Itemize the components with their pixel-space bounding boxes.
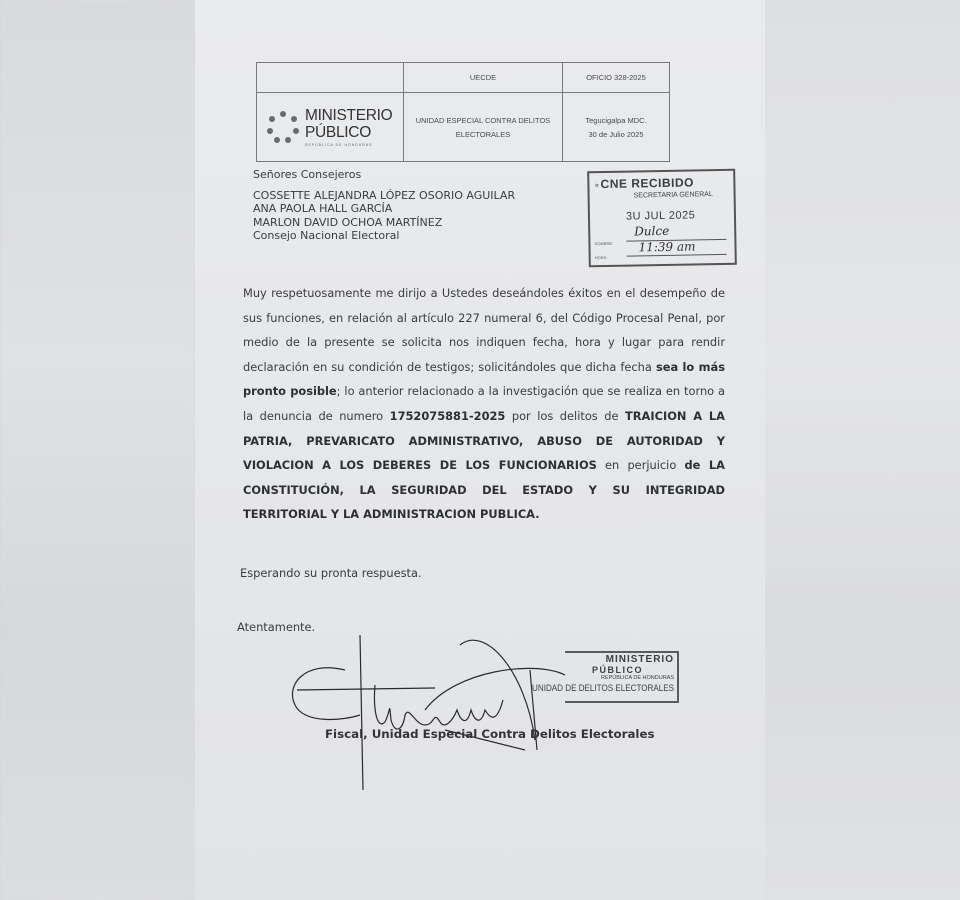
addressee-block: Señores Consejeros COSSETTE ALEJANDRA LÓ… [253, 168, 515, 243]
place-date: Tegucigalpa MDC. 30 de Julio 2025 [563, 93, 670, 162]
cne-received-stamp: ⚬CNE RECIBIDO SECRETARIA GENERAL 3U JUL … [587, 169, 737, 268]
unit-name-line-2: ELECTORALES [404, 130, 562, 139]
unit-name: UNIDAD ESPECIAL CONTRA DELITOS ELECTORAL… [404, 93, 563, 162]
letterhead-empty-cell [257, 63, 404, 93]
salutation: Señores Consejeros [253, 168, 515, 182]
cne-name-value: Dulce [634, 224, 669, 239]
mp-stamp-line-1: MINISTERIO [606, 654, 674, 665]
place: Tegucigalpa MDC. [563, 116, 669, 125]
background-right [765, 0, 960, 900]
cne-stamp-title: ⚬CNE RECIBIDO [593, 175, 694, 191]
background-left [0, 0, 195, 900]
cne-time-label: HORA: [595, 255, 608, 260]
handwritten-signature [285, 630, 575, 790]
addressee-institution: Consejo Nacional Electoral [253, 229, 515, 243]
cne-stamp-date: 3U JUL 2025 [626, 209, 696, 222]
letterhead-table: UECDE OFICIO 328-2025 MINISTERIO PÚBLICO… [256, 62, 670, 162]
ministerio-publico-stamp: MINISTERIO PÚBLICO REPÚBLICA DE HONDURAS… [565, 651, 679, 703]
addressee-name: ANA PAOLA HALL GARCÍA [253, 202, 515, 216]
cne-stamp-department: SECRETARIA GENERAL [634, 191, 713, 199]
ministerio-publico-logo: MINISTERIO PÚBLICO REPÚBLICA DE HONDURAS [257, 93, 404, 162]
cne-time-value: 11:39 am [638, 239, 695, 254]
mp-stamp-line-3: REPÚBLICA DE HONDURAS [601, 675, 674, 681]
letter-date: 30 de Julio 2025 [563, 130, 669, 139]
logo-line-1: MINISTERIO [305, 107, 392, 124]
cne-name-label: NOMBRE: [594, 241, 613, 246]
logo-subtitle: REPÚBLICA DE HONDURAS [305, 143, 392, 147]
unit-name-line-1: UNIDAD ESPECIAL CONTRA DELITOS [404, 116, 562, 125]
addressee-name: COSSETTE ALEJANDRA LÓPEZ OSORIO AGUILAR [253, 189, 515, 203]
oficio-number: OFICIO 328-2025 [563, 63, 670, 93]
addressee-name: MARLON DAVID OCHOA MARTÍNEZ [253, 216, 515, 230]
ministerio-emblem-icon [267, 111, 299, 143]
unit-code: UECDE [404, 63, 563, 93]
case-number: 1752075881-2025 [390, 409, 506, 423]
mp-stamp-line-2: PÚBLICO [592, 665, 643, 675]
closing-line: Esperando su pronta respuesta. [240, 566, 422, 580]
logo-line-2: PÚBLICO [305, 124, 392, 141]
letter-body: Muy respetuosamente me dirijo a Ustedes … [243, 281, 725, 527]
signer-title: Fiscal, Unidad Especial Contra Delitos E… [325, 727, 654, 741]
